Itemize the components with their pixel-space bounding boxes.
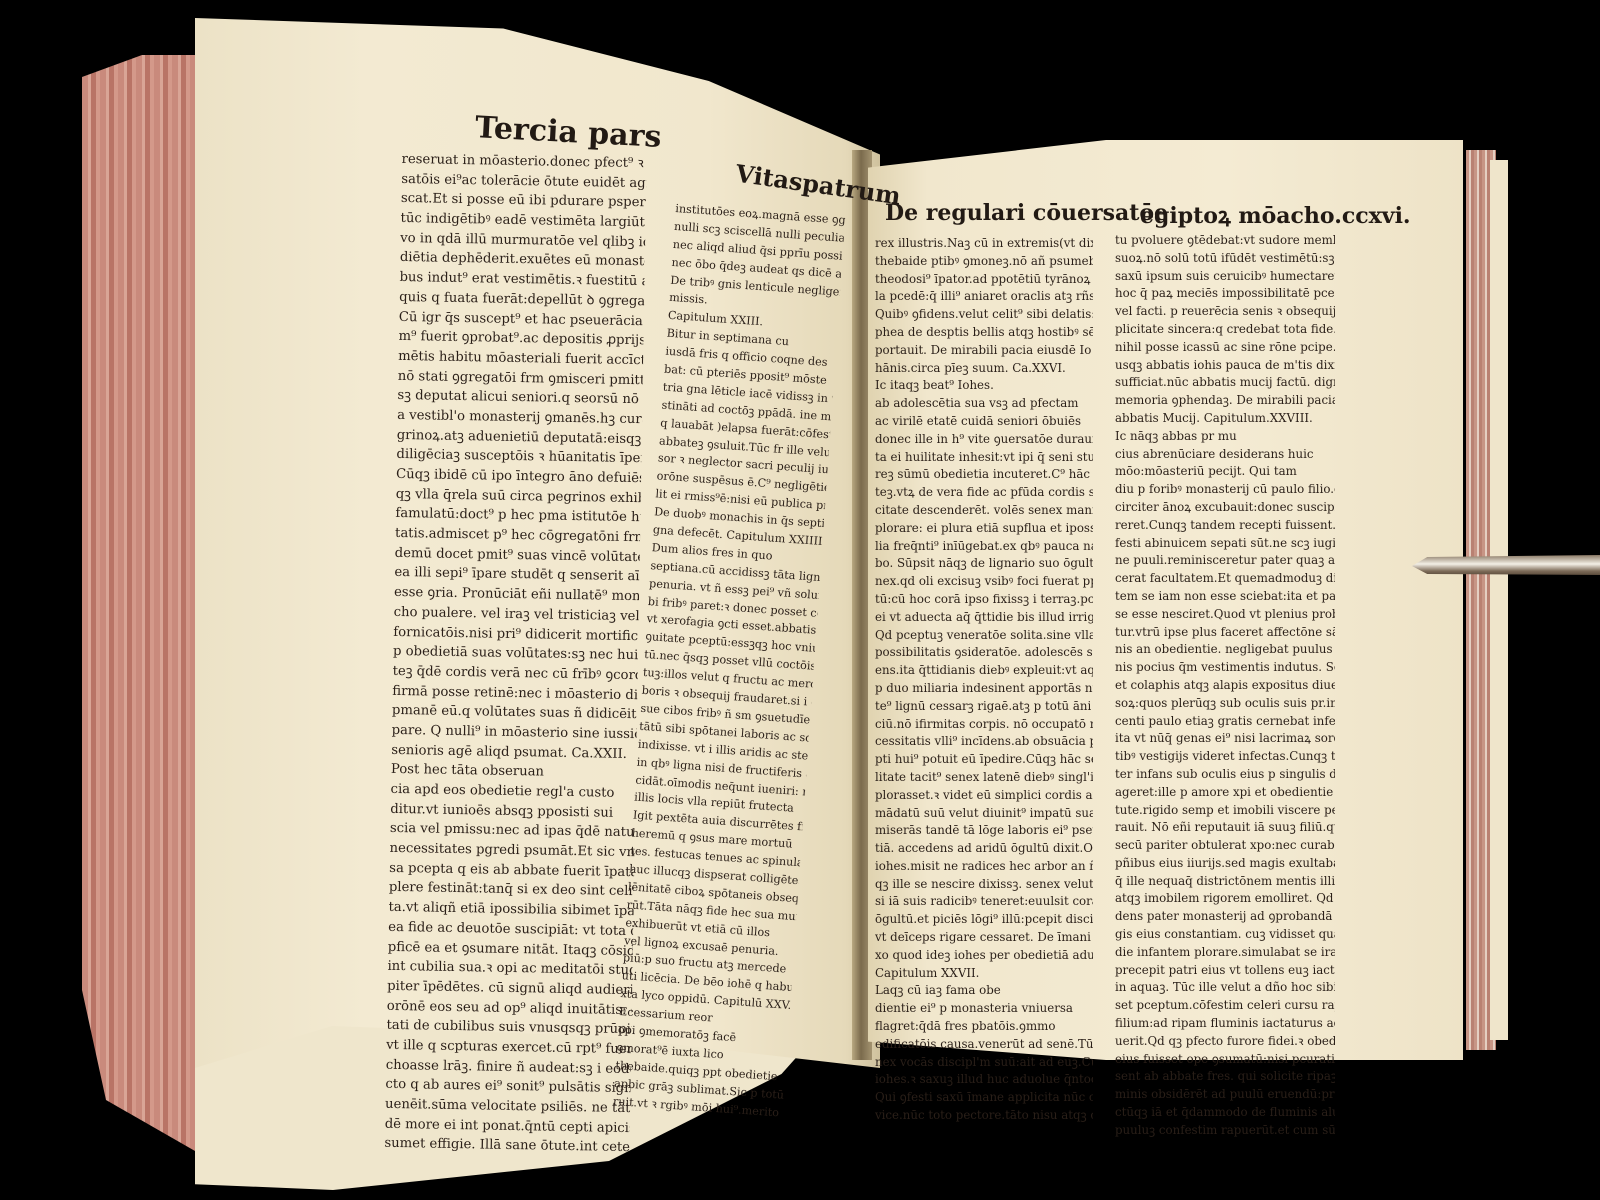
text-line: circiter ānoꝝ excubauit:donec suscipi me (1115, 499, 1335, 517)
text-line: cius abrenūciare desiderans huic (1115, 446, 1335, 464)
text-line: ta ei huilitate inhesit:vt ipi q̄ seni s… (875, 449, 1093, 467)
page-flap-right (1490, 160, 1508, 1040)
text-line: te⁹ lignū cessarꝫ rigaē.atꝫ p totū āni s… (875, 698, 1093, 716)
text-line: qꝫ ille se nescire dixissꝫ. senex velut … (875, 876, 1093, 894)
text-line: iohes.ꝛ saxuꝫ illud huc aduolue q̄ntoci⁹… (875, 1071, 1093, 1089)
book-photograph: Tercia pars Vitaspatrum De regulari cōue… (0, 0, 1600, 1200)
text-line: saxū ipsum suis ceruicibꝰ humectaret. In (1115, 268, 1335, 286)
text-line: ita vt nūq̄ genas ei⁹ nisi lacrimaꝝ sord… (1115, 730, 1335, 748)
text-line: mōo:mōasteriū pecijt. Qui tam (1115, 463, 1335, 481)
text-line: ab adolescētia sua vsꝫ ad pfectam (875, 395, 1093, 413)
text-line: filium:ad ripam fluminis iactaturus ad (1115, 1015, 1335, 1033)
text-line: sent ab abbate fres. qui solicite ripaꝫ … (1115, 1068, 1335, 1086)
text-line: set pceptum.cōfestim celeri cursu rapien… (1115, 997, 1335, 1015)
text-line: plicitate sincera:q credebat tota fide. … (1115, 321, 1335, 339)
text-line: tem se iam non esse sciebat:ita et patre… (1115, 588, 1335, 606)
text-line: theodosi⁹ īpator.ad ppotētiū tyrānoꝝ bel (875, 271, 1093, 289)
text-line: cerat facultatem.Et quemadmoduꝫ diui (1115, 570, 1335, 588)
text-line: Quibꝰ ꝯfidens.velut celit⁹ sibi delatis:… (875, 306, 1093, 324)
running-head-right-page-right: egiptoꝝ mōacho.ccxvi. (1140, 200, 1411, 230)
text-line: citate descenderēt. volēs senex manifest… (875, 502, 1093, 520)
text-line: ter infans sub oculis eius p singulis di… (1115, 766, 1335, 784)
text-line: Ic itaqꝫ beat⁹ Iohes. (875, 377, 1093, 395)
text-line: uerit.Qd qꝫ pfecto furore fidei.ꝛ obedie… (1115, 1033, 1335, 1051)
text-line: q̄ ille nequaq̄ districtōnem mentis illi… (1115, 873, 1335, 891)
text-line: iohes.misit ne radices hec arbor an ñ:Cū (875, 858, 1093, 876)
text-line: tiā. accedens ad aridū ōgultū dixit.O fi… (875, 840, 1093, 858)
text-line: gis eius constantiam. cuꝫ vidisset quadā (1115, 926, 1335, 944)
text-line: tur.vtrū ipse plus faceret affectōne sāg… (1115, 624, 1335, 642)
text-line: memoria ꝯphendaꝫ. De mirabili pacia (1115, 392, 1335, 410)
text-line: Capitulum XXVII. (875, 965, 1093, 983)
text-line: tu pvoluere ꝯtēdebat:vt sudore membroꝝ (1115, 232, 1335, 250)
text-line: minis obsidērēt ad puulū eruendū:proie (1115, 1086, 1335, 1104)
text-line: si iā suis radicibꝰ teneret:euulsit corā… (875, 893, 1093, 911)
text-line: litate tacit⁹ senex latenē diebꝰ singl'i… (875, 769, 1093, 787)
text-line: reꝫ sūmū obedietia incuteret.C⁹ hāc ōtu (875, 466, 1093, 484)
right-page-column-1: rex illustris.Naꝫ cū in extremis(vt dixi… (875, 235, 1093, 1125)
text-line: nis pocius q̄m vestimentis indutus. Sed (1115, 659, 1335, 677)
text-line: hānis.circa pīeꝫ suum. Ca.XXVI. (875, 360, 1093, 378)
text-line: festi abinuicem sepati sūt.ne scꝫ iugi v… (1115, 535, 1335, 553)
text-line: puuluꝫ confestim rapuerūt.et cum sūma (1115, 1122, 1335, 1140)
text-line: eius fuisset ope ꝯsumatū:nisi pcurati fu… (1115, 1051, 1335, 1069)
text-line: ōgultū.et piciēs lōgi⁹ illū:pcepit disci… (875, 911, 1093, 929)
right-page-column-2: tu pvoluere ꝯtēdebat:vt sudore membroꝝsu… (1115, 232, 1335, 1140)
text-line: ens.ita q̄ttidianis diebꝰ expleuit:vt aq… (875, 662, 1093, 680)
text-line: rauit. Nō eñi reputauit iā suuꝫ filiū.qu… (1115, 819, 1335, 837)
text-line: la pcedē:q̄ illi⁹ aniaret oraclis atꝫ rñ… (875, 288, 1093, 306)
text-line: Qui ꝯfesti saxū īmane applicita nūc ceru… (875, 1089, 1093, 1107)
text-line: nihil posse icassū ac sine rōne pcipe. H… (1115, 339, 1335, 357)
metal-pointer (1412, 555, 1600, 575)
text-line: Laqꝫ cū iaꝫ fama obe (875, 982, 1093, 1000)
left-page-column-1: reseruat in mōasterio.donec pfect⁹ ꝛ pue… (384, 150, 646, 1158)
text-line: centi paulo etiaꝫ gratis cernebat inferr… (1115, 713, 1335, 731)
running-head-right-page: De regulari cōuersatōe (885, 200, 1168, 226)
text-line: ciū.nō ifirmitas corpis. nō occupatō ne (875, 716, 1093, 734)
text-line: xo quod ideꝫ iohes per obedietiā aduerit (875, 947, 1093, 965)
text-line: diu p foribꝰ monasterij cū paulo filio.o… (1115, 481, 1335, 499)
text-line: tū:cū hoc corā ipso fixissꝫ i terraꝫ.pce… (875, 591, 1093, 609)
text-line: flagret:q̄dā fres pbatōis.ꝯmmo (875, 1018, 1093, 1036)
text-line: vt deīceps rigare cessaret. De īmani sa (875, 929, 1093, 947)
text-line: cessitatis vlli⁹ incīdens.ab obsuācia pc… (875, 733, 1093, 751)
text-line: plorasset.ꝛ videt eū simplici cordis aff… (875, 787, 1093, 805)
text-line: dientie ei⁹ p monasteria vniuersa (875, 1000, 1093, 1018)
text-line: precepit patri eius vt tollens euꝫ iacta… (1115, 962, 1335, 980)
text-line: Ic nāqꝫ abbas pr mu (1115, 428, 1335, 446)
text-line: thebaide ptibꝰ ꝯmoneꝫ.nō añ psumebat (875, 253, 1093, 271)
text-line: rex illustris.Naꝫ cū in extremis(vt dixi… (875, 235, 1093, 253)
text-line: ac virilē etatē cuidā seniori ōbuiēs (875, 413, 1093, 431)
text-line: in aquaꝫ. Tūc ille velut a dño hoc sibi … (1115, 979, 1335, 997)
text-line: atqꝫ imobilem rigorem emolliret. Qd vi (1115, 890, 1335, 908)
text-line: tibꝰ vestigijs videret infectas.Cunqꝫ ta… (1115, 748, 1335, 766)
text-line: abbatis Mucij. Capitulum.XXVIII. (1115, 410, 1335, 428)
text-line: sufficiat.nūc abbatis mucij factū. dignu… (1115, 374, 1335, 392)
text-line: phea de desptis bellis atqꝫ hostibꝰ sēp … (875, 324, 1093, 342)
text-line: miserās tandē tā lōge laboris ei⁹ pseuer… (875, 822, 1093, 840)
text-line: Qd pceptuꝫ veneratōe solita.sine vlla im (875, 627, 1093, 645)
text-line: soꝝ:quos plerūqꝫ sub oculis suis pr.ino (1115, 695, 1335, 713)
text-line: hoc q̄ paꝝ meciēs impossibilitatē pcepti (1115, 285, 1335, 303)
text-line: secū pariter obtulerat xpo:nec curabat ꝺ (1115, 837, 1335, 855)
text-line: mādatū suū velut diuinit⁹ impatū suare: (875, 805, 1093, 823)
text-line: edificatōis causa.venerūt ad senē.Tūc se (875, 1036, 1093, 1054)
text-line: possibilitatis ꝯsideratōe. adolescēs sus… (875, 644, 1093, 662)
text-line: ne puuli.reminisceretur pater quaꝫ abie (1115, 552, 1335, 570)
text-line: portauit. De mirabili pacia eiusdē Io (875, 342, 1093, 360)
text-line: plorare: ei plura etiā supflua et ipossi… (875, 520, 1093, 538)
text-line: nis an obedientie. negligebat puulus pā (1115, 641, 1335, 659)
text-line: vice.nūc toto pectore.tāto nisu atqꝫ con… (875, 1107, 1093, 1125)
text-line: tute.rigido semp et imobili viscere perd… (1115, 802, 1335, 820)
text-line: p duo miliaria indesinent apportās nulla (875, 680, 1093, 698)
text-line: vel facti. p reuerēcia senis ꝛ obsequij … (1115, 303, 1335, 321)
text-line: usqꝫ abbatis iohis pauca de m'tis dixiss… (1115, 357, 1335, 375)
text-line: suoꝝ.nō solū totū ifūdēt vestimētū:sꝫ et… (1115, 250, 1335, 268)
text-line: pñibus eius iiurijs.sed magis exultabat (1115, 855, 1335, 873)
text-line: se esse nesciret.Quod vt plenius probare (1115, 606, 1335, 624)
text-line: lia freq̄nti⁹ inīūgebat.ex qbꝰ pauca nar… (875, 538, 1093, 556)
fore-edge-left (82, 55, 202, 1155)
text-line: teꝫ.vtꝝ de vera fide ac pfūda cordis sim… (875, 484, 1093, 502)
text-line: die infantem plorare.simulabat se iratū: (1115, 944, 1335, 962)
text-line: nex vocās discipl'm suū:ait ad euꝫ.Curre (875, 1054, 1093, 1072)
text-line: bo. Sūpsit nāqꝫ de lignario suo ōgultū s… (875, 555, 1093, 573)
text-line: pti hui⁹ potuit eū īpedire.Cūqꝫ hāc sedu (875, 751, 1093, 769)
text-line: dens pater monasterij ad ꝯprobandā ma (1115, 908, 1335, 926)
text-line: ageret:ille p amore xpi et obedientie vi… (1115, 784, 1335, 802)
text-line: nex.qd oli excisuꝫ vsibꝰ foci fuerat ppa… (875, 573, 1093, 591)
text-line: reret.Cunqꝫ tandem recepti fuissent. con (1115, 517, 1335, 535)
text-line: ei vt aduecta aq̄ q̄ttidie bis illud irr… (875, 609, 1093, 627)
text-line: et colaphis atqꝫ alapis expositus diuer (1115, 677, 1335, 695)
text-line: donec ille in h⁹ vite ꝯuersatōe durauit.… (875, 431, 1093, 449)
text-line: ctūqꝫ iā et q̄dammodo de fluminis alueo (1115, 1104, 1335, 1122)
